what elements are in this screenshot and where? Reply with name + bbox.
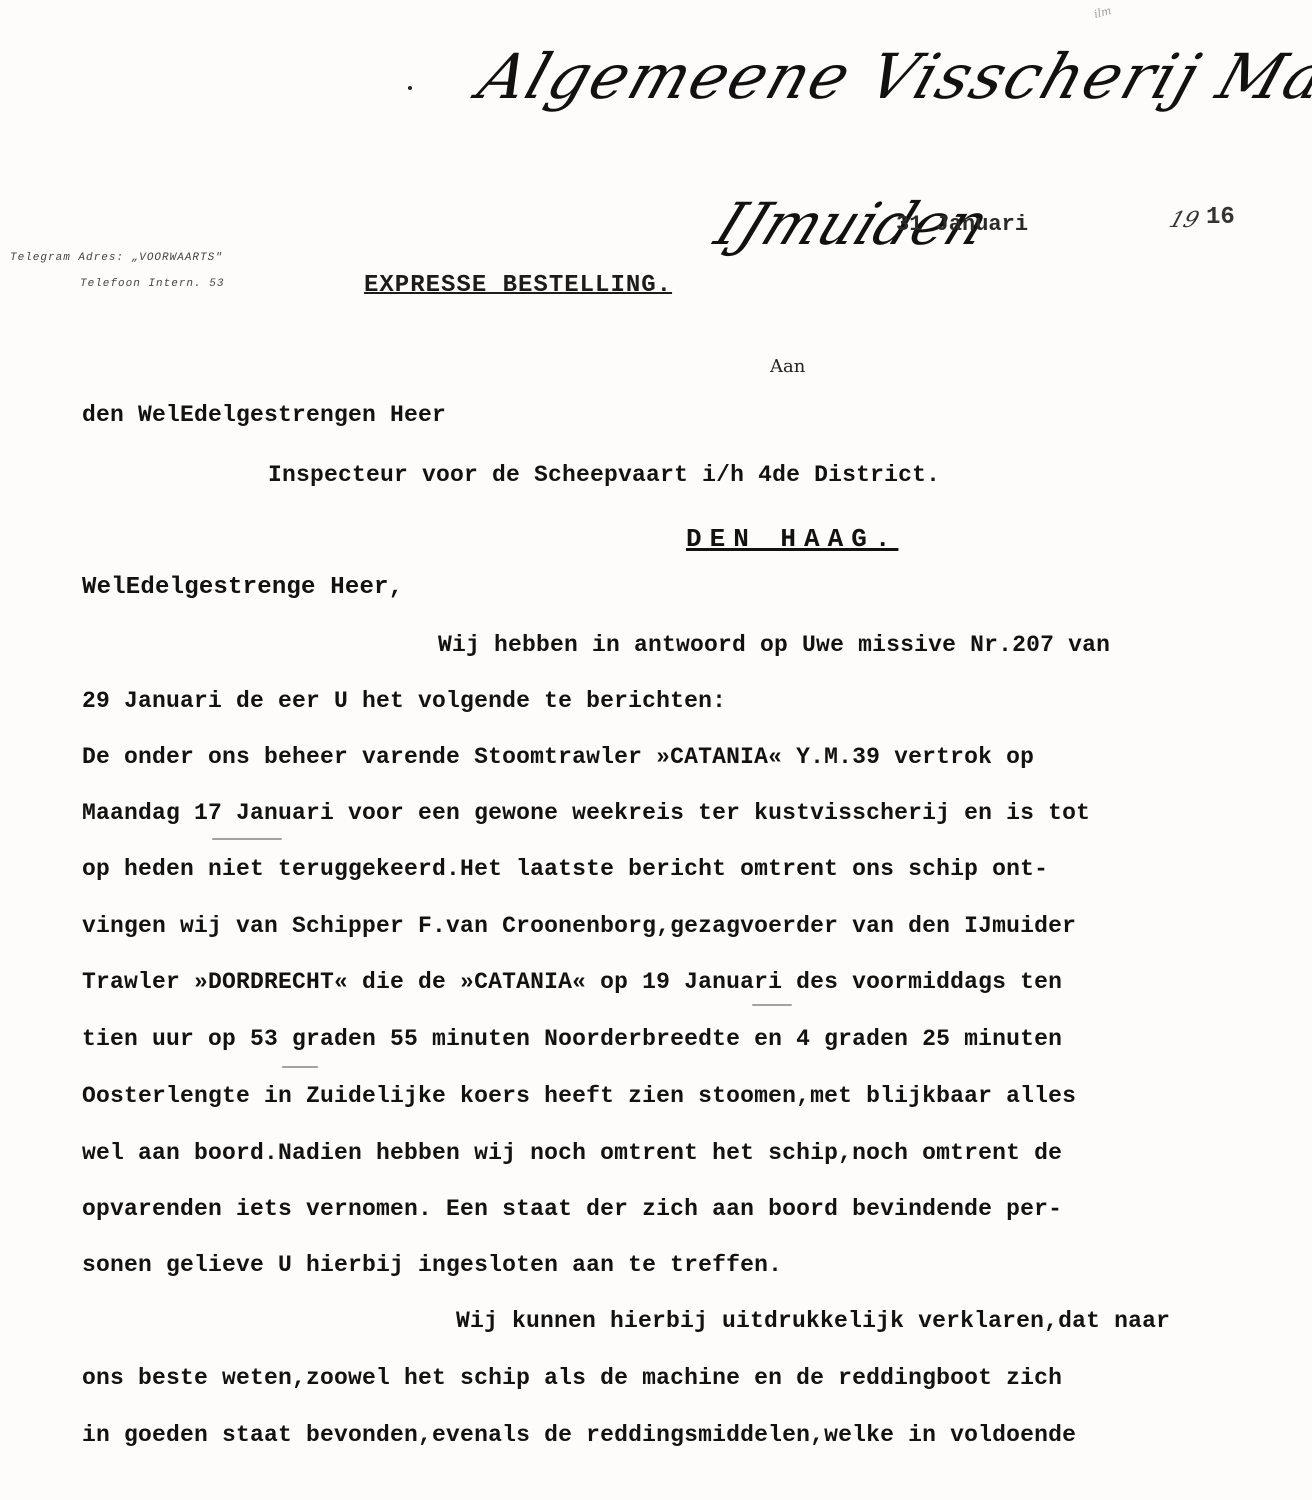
body-line: opvarenden iets vernomen. Een staat der … bbox=[82, 1196, 1062, 1222]
recipient-line-1: den WelEdelgestrengen Heer bbox=[82, 402, 446, 428]
telephone-number: Telefoon Intern. 53 bbox=[80, 278, 224, 290]
telegram-address: Telegram Adres: „VOORWAARTS" bbox=[10, 252, 223, 264]
body-line: sonen gelieve U hierbij ingesloten aan t… bbox=[82, 1252, 782, 1278]
body-line: vingen wij van Schipper F.van Croonenbor… bbox=[82, 913, 1076, 939]
salutation: WelEdelgestrenge Heer, bbox=[82, 574, 403, 601]
recipient-label: Aan bbox=[770, 356, 805, 377]
body-line: wel aan boord.Nadien hebben wij noch omt… bbox=[82, 1140, 1062, 1166]
body-line: op heden niet teruggekeerd.Het laatste b… bbox=[82, 856, 1048, 882]
dateline-date: 31 Januari bbox=[896, 212, 1028, 237]
body-line: Trawler »DORDRECHT« die de »CATANIA« op … bbox=[82, 969, 1062, 995]
body-line: 29 Januari de eer U het volgende te beri… bbox=[82, 688, 726, 714]
recipient-line-2: Inspecteur voor de Scheepvaart i/h 4de D… bbox=[268, 462, 940, 488]
letterhead-company-name: Algemeene Visscherij Maatschappij bbox=[470, 40, 1312, 113]
recipient-city: DEN HAAG. bbox=[686, 524, 898, 554]
body-line: Maandag 17 Januari voor een gewone weekr… bbox=[82, 800, 1090, 826]
body-line: De onder ons beheer varende Stoomtrawler… bbox=[82, 744, 1034, 770]
body-line: Wij kunnen hierbij uitdrukkelijk verklar… bbox=[456, 1308, 1170, 1334]
body-line: Oosterlengte in Zuidelijke koers heeft z… bbox=[82, 1083, 1076, 1109]
express-delivery-stamp: EXPRESSE BESTELLING. bbox=[364, 272, 672, 299]
body-line: ons beste weten,zoowel het schip als de … bbox=[82, 1365, 1062, 1391]
letterhead-ornament-dot bbox=[408, 86, 412, 90]
archive-stamp-mark: ilm bbox=[1093, 4, 1113, 21]
pencil-underline-mark bbox=[282, 1066, 318, 1068]
body-line: Wij hebben in antwoord op Uwe missive Nr… bbox=[438, 632, 1110, 658]
pencil-underline-mark bbox=[212, 838, 282, 840]
body-line: tien uur op 53 graden 55 minuten Noorder… bbox=[82, 1026, 1062, 1052]
dateline-year-prefix: 19 bbox=[1166, 208, 1202, 233]
pencil-underline-mark bbox=[752, 1004, 792, 1006]
dateline-year-suffix: 16 bbox=[1206, 204, 1235, 231]
body-line: in goeden staat bevonden,evenals de redd… bbox=[82, 1422, 1076, 1448]
